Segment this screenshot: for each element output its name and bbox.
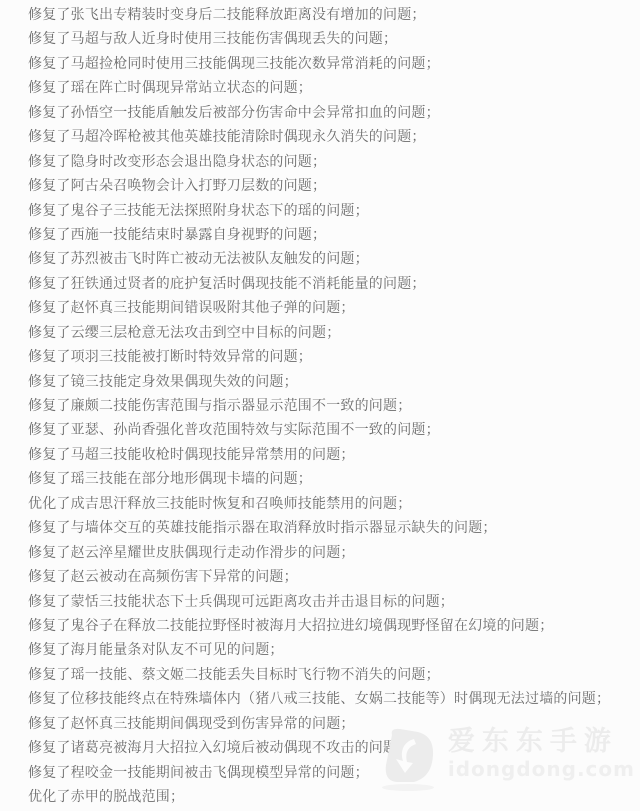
patch-note-line: 修复了镜三技能定身效果偶现失效的问题； (28, 370, 636, 394)
patch-note-line: 修复了马超捡枪同时使用三技能偶现三技能次数异常消耗的问题； (28, 52, 636, 76)
patch-note-line: 修复了赵云淬星耀世皮肤偶现行走动作滑步的问题； (28, 541, 636, 565)
patch-note-line: 修复了亚瑟、孙尚香强化普攻范围特效与实际范围不一致的问题； (28, 418, 636, 442)
patch-note-line: 修复了程咬金一技能期间被击飞偶现模型异常的问题； (28, 761, 636, 785)
patch-note-line: 修复了瑶在阵亡时偶现异常站立状态的问题； (28, 76, 636, 100)
patch-note-line: 修复了西施一技能结束时暴露自身视野的问题； (28, 223, 636, 247)
patch-note-line: 修复了狂铁通过贤者的庇护复活时偶现技能不消耗能量的问题； (28, 272, 636, 296)
patch-note-line: 修复了瑶一技能、蔡文姬二技能丢失目标时飞行物不消失的问题； (28, 663, 636, 687)
patch-note-line: 修复了瑶三技能在部分地形偶现卡墙的问题； (28, 467, 636, 491)
patch-notes-list: 修复了张飞出专精装时变身后二技能释放距离没有增加的问题； 修复了马超与敌人近身时… (28, 3, 636, 809)
patch-note-line: 修复了蒙恬三技能状态下士兵偶现可远距离攻击并击退目标的问题； (28, 590, 636, 614)
patch-note-line: 修复了马超与敌人近身时使用三技能伤害偶现丢失的问题； (28, 27, 636, 51)
patch-note-line: 修复了张飞出专精装时变身后二技能释放距离没有增加的问题； (28, 3, 636, 27)
patch-note-line: 修复了隐身时改变形态会退出隐身状态的问题； (28, 150, 636, 174)
patch-note-line: 修复了赵怀真三技能期间偶现受到伤害异常的问题； (28, 712, 636, 736)
patch-note-line: 优化了成吉思汗释放三技能时恢复和召唤师技能禁用的问题； (28, 492, 636, 516)
patch-note-line: 修复了赵怀真三技能期间错误吸附其他子弹的问题； (28, 296, 636, 320)
patch-note-line: 修复了赵云被动在高频伤害下异常的问题； (28, 565, 636, 589)
patch-note-line: 修复了马超冷晖枪被其他英雄技能清除时偶现永久消失的问题； (28, 125, 636, 149)
patch-note-line: 优化了赤甲的脱战范围； (28, 785, 636, 809)
patch-note-line: 修复了云缨三层枪意无法攻击到空中目标的问题； (28, 321, 636, 345)
patch-note-line: 修复了鬼谷子三技能无法探照附身状态下的瑶的问题； (28, 199, 636, 223)
patch-note-line: 修复了海月能量条对队友不可见的问题； (28, 638, 636, 662)
patch-note-line: 修复了位移技能终点在特殊墙体内（猪八戒三技能、女娲二技能等）时偶现无法过墙的问题… (28, 687, 636, 711)
patch-note-line: 修复了阿古朵召唤物会计入打野刀层数的问题； (28, 174, 636, 198)
patch-note-line: 修复了马超三技能收枪时偶现技能异常禁用的问题； (28, 443, 636, 467)
patch-note-line: 修复了项羽三技能被打断时特效异常的问题； (28, 345, 636, 369)
patch-note-line: 修复了与墙体交互的英雄技能指示器在取消释放时指示器显示缺失的问题； (28, 516, 636, 540)
patch-note-line: 修复了苏烈被击飞时阵亡被动无法被队友触发的问题； (28, 247, 636, 271)
patch-note-line: 修复了诸葛亮被海月大招拉入幻境后被动偶现不攻击的问题； (28, 736, 636, 760)
patch-note-line: 修复了鬼谷子在释放二技能拉野怪时被海月大招拉进幻境偶现野怪留在幻境的问题； (28, 614, 636, 638)
patch-note-line: 修复了孙悟空一技能盾触发后被部分伤害命中会异常扣血的问题； (28, 101, 636, 125)
patch-note-line: 修复了廉颇二技能伤害范围与指示器显示范围不一致的问题； (28, 394, 636, 418)
